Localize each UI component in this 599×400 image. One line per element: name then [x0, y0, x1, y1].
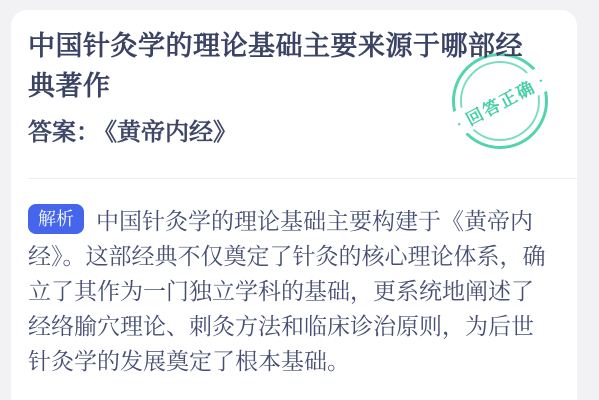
answer-row: 答案：《黄帝内经》 — [28, 116, 577, 150]
analysis-badge: 解析 — [28, 204, 84, 234]
analysis-section: 解析中国针灸学的理论基础主要构建于《黄帝内经》。这部经典不仅奠定了针灸的核心理论… — [28, 204, 549, 379]
answer-value: 《黄帝内经》 — [105, 119, 237, 146]
section-divider — [28, 178, 577, 179]
quiz-answer-card: 中国针灸学的理论基础主要来源于哪部经典著作 答案：《黄帝内经》 · 回答正确 ·… — [11, 10, 577, 400]
analysis-text: 中国针灸学的理论基础主要构建于《黄帝内经》。这部经典不仅奠定了针灸的核心理论体系… — [28, 208, 546, 374]
question-title: 中国针灸学的理论基础主要来源于哪部经典著作 — [28, 26, 540, 106]
page-background: 中国针灸学的理论基础主要来源于哪部经典著作 答案：《黄帝内经》 · 回答正确 ·… — [0, 0, 599, 400]
answer-label: 答案： — [28, 119, 100, 146]
